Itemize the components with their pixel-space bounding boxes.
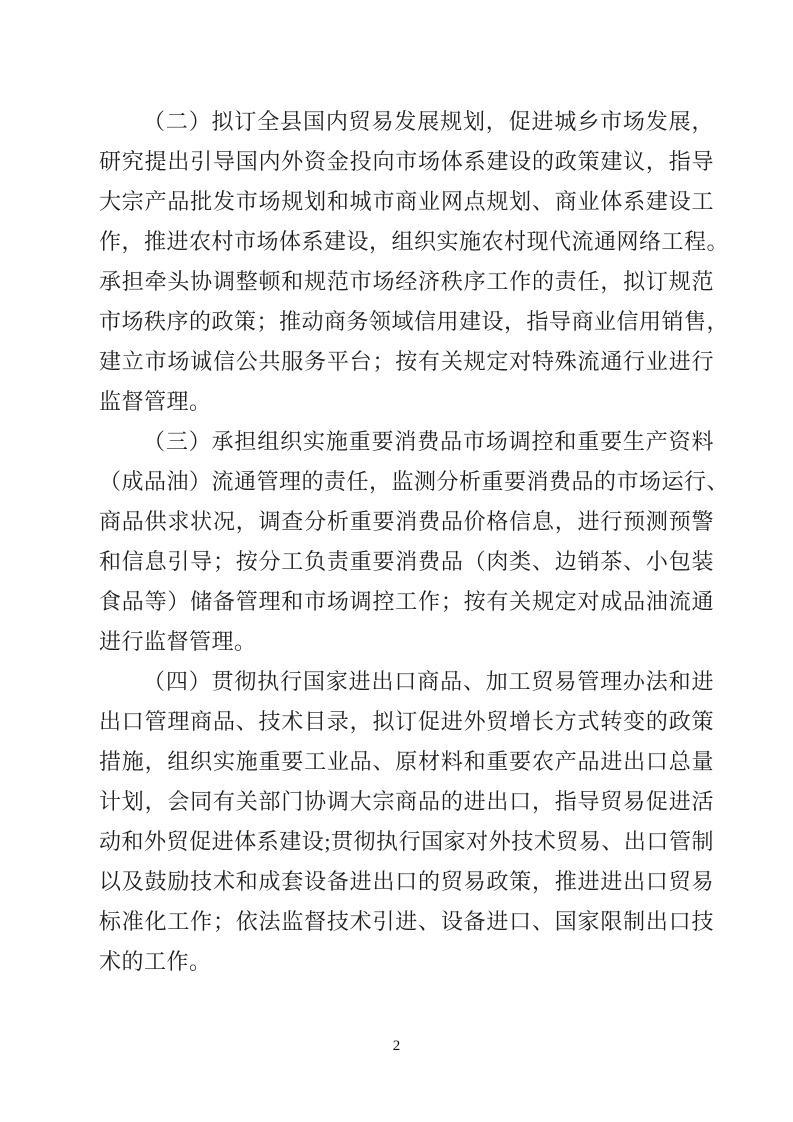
- text-line: （三）承担组织实施重要消费品市场调控和重要生产资料: [99, 422, 714, 462]
- text-line: （成品油）流通管理的责任，监测分析重要消费品的市场运行、: [99, 462, 714, 502]
- document-page: （二）拟订全县国内贸易发展规划，促进城乡市场发展，研究提出引导国内外资金投向市场…: [0, 0, 793, 1122]
- page-number: 2: [0, 1036, 793, 1056]
- text-line: 市场秩序的政策；推动商务领域信用建设，指导商业信用销售，: [99, 302, 714, 342]
- text-line: 作，推进农村市场体系建设，组织实施农村现代流通网络工程。: [99, 222, 714, 262]
- paragraph: （四）贯彻执行国家进出口商品、加工贸易管理办法和进出口管理商品、技术目录，拟订促…: [99, 662, 714, 982]
- text-line: 和信息引导；按分工负责重要消费品（肉类、边销茶、小包装: [99, 542, 714, 582]
- text-line: （四）贯彻执行国家进出口商品、加工贸易管理办法和进: [99, 662, 714, 702]
- text-line: 大宗产品批发市场规划和城市商业网点规划、商业体系建设工: [99, 182, 714, 222]
- text-line: 出口管理商品、技术目录，拟订促进外贸增长方式转变的政策: [99, 702, 714, 742]
- text-line: 建立市场诚信公共服务平台；按有关规定对特殊流通行业进行: [99, 342, 714, 382]
- text-line: 标准化工作；依法监督技术引进、设备进口、国家限制出口技: [99, 902, 714, 942]
- text-line: 承担牵头协调整顿和规范市场经济秩序工作的责任，拟订规范: [99, 262, 714, 302]
- text-line: （二）拟订全县国内贸易发展规划，促进城乡市场发展，: [99, 102, 714, 142]
- text-line: 以及鼓励技术和成套设备进出口的贸易政策，推进进出口贸易: [99, 862, 714, 902]
- paragraph: （三）承担组织实施重要消费品市场调控和重要生产资料（成品油）流通管理的责任，监测…: [99, 422, 714, 662]
- text-line: 食品等）储备管理和市场调控工作；按有关规定对成品油流通: [99, 582, 714, 622]
- paragraph: （二）拟订全县国内贸易发展规划，促进城乡市场发展，研究提出引导国内外资金投向市场…: [99, 102, 714, 422]
- text-line: 进行监督管理。: [99, 622, 714, 662]
- document-body: （二）拟订全县国内贸易发展规划，促进城乡市场发展，研究提出引导国内外资金投向市场…: [99, 102, 714, 982]
- text-line: 商品供求状况，调查分析重要消费品价格信息，进行预测预警: [99, 502, 714, 542]
- text-line: 研究提出引导国内外资金投向市场体系建设的政策建议，指导: [99, 142, 714, 182]
- text-line: 动和外贸促进体系建设;贯彻执行国家对外技术贸易、出口管制: [99, 822, 714, 862]
- text-line: 术的工作。: [99, 942, 714, 982]
- text-line: 监督管理。: [99, 382, 714, 422]
- text-line: 措施，组织实施重要工业品、原材料和重要农产品进出口总量: [99, 742, 714, 782]
- text-line: 计划，会同有关部门协调大宗商品的进出口，指导贸易促进活: [99, 782, 714, 822]
